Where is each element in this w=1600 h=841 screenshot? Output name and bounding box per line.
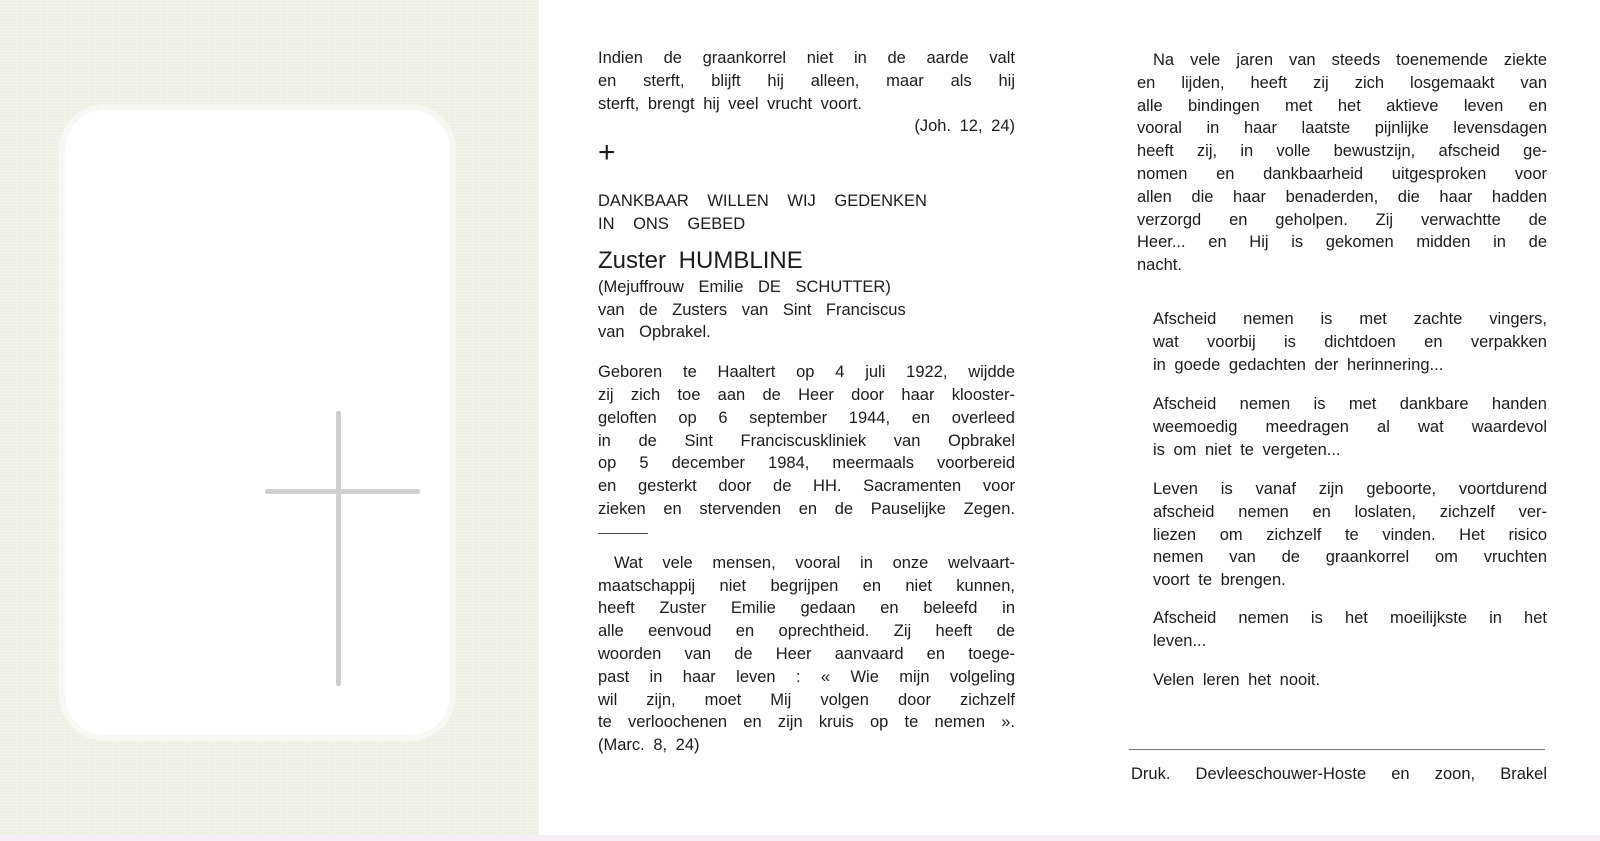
poem-stanza: Afscheid nemen is met zachte vingers, wa… — [1153, 308, 1547, 376]
printer-divider — [1129, 749, 1545, 750]
intro-line: heeft zij, in volle bewustzijn, afscheid… — [1137, 140, 1547, 163]
scripture-line: sterft, brengt hij veel vrucht voort. — [598, 93, 1015, 116]
intro-line: verzorgd en geholpen. Zij verwachtte de — [1137, 209, 1547, 232]
subtitle-line: van Opbrakel. — [598, 321, 1015, 344]
poem-stanza: Afscheid nemen is met dankbare handen we… — [1153, 393, 1547, 461]
poem-line: Afscheid nemen is het moeilijkste in het — [1153, 607, 1547, 630]
left-text-column: Indien de graankorrel niet in de aarde v… — [598, 47, 1015, 757]
poem-line: in goede gedachten der herinnering... — [1153, 354, 1547, 377]
biography: Geboren te Haaltert op 4 juli 1922, wijd… — [598, 361, 1015, 521]
subtitle-line: (Mejuffrouw Emilie DE SCHUTTER) — [598, 276, 1015, 299]
reflection-line: alle eenvoud en oprechtheid. Zij heeft d… — [598, 620, 1015, 643]
reflection-line: wil zijn, moet Mij volgen door zichzelf — [598, 689, 1015, 712]
embossed-frame — [65, 110, 450, 735]
section-divider — [598, 533, 648, 534]
card-fold — [537, 0, 539, 835]
deceased-name: Zuster HUMBLINE — [598, 246, 1015, 276]
poem-line: Leven is vanaf zijn geboorte, voortduren… — [1153, 478, 1547, 501]
deceased-subtitle: (Mejuffrouw Emilie DE SCHUTTER) van de Z… — [598, 276, 1015, 344]
printer-credit: Druk. Devleeschouwer-Hoste en zoon, Brak… — [1131, 765, 1547, 784]
reflection: Wat vele mensen, vooral in onze welvaart… — [598, 552, 1015, 757]
biography-line: geloften op 6 september 1944, en overlee… — [598, 407, 1015, 430]
intro-line: alle bindingen met het aktieve leven en — [1137, 95, 1547, 118]
intro-line: Heer... en Hij is gekomen midden in de — [1137, 231, 1547, 254]
poem-line: liezen om zichzelf te vinden. Het risico — [1153, 524, 1547, 547]
poem-line: wat voorbij is dichtdoen en verpakken — [1153, 331, 1547, 354]
reflection-reference: (Marc. 8, 24) — [598, 734, 1015, 757]
intro-line: nomen en dankbaarheid uitgesproken voor — [1137, 163, 1547, 186]
poem-line: nemen van de graankorrel om vruchten — [1153, 546, 1547, 569]
right-intro: Na vele jaren van steeds toenemende ziek… — [1137, 49, 1547, 277]
poem-line: leven... — [1153, 630, 1547, 653]
poem-line: is om niet te vergeten... — [1153, 439, 1547, 462]
poem-line: voort te brengen. — [1153, 569, 1547, 592]
biography-line: zij zich toe aan de Heer door haar kloos… — [598, 384, 1015, 407]
poem-line: weemoedig meedragen al wat waardevol — [1153, 416, 1547, 439]
remembrance-heading: DANKBAAR WILLEN WIJ GEDENKEN — [598, 190, 1015, 213]
remembrance-heading: IN ONS GEBED — [598, 213, 1015, 236]
intro-line: vooral in haar laatste pijnlijke levensd… — [1137, 117, 1547, 140]
reflection-line: woorden van de Heer aanvaard en toege- — [598, 643, 1015, 666]
reflection-line: Wat vele mensen, vooral in onze welvaart… — [598, 552, 1015, 575]
biography-line: in de Sint Franciscuskliniek van Opbrake… — [598, 430, 1015, 453]
cross-icon — [336, 411, 341, 686]
scripture-reference: (Joh. 12, 24) — [598, 115, 1015, 138]
cross-icon-beam — [265, 489, 420, 494]
scripture-line: Indien de graankorrel niet in de aarde v… — [598, 47, 1015, 70]
card-cover — [0, 0, 537, 835]
poem-line: Afscheid nemen is met zachte vingers, — [1153, 308, 1547, 331]
biography-line: en gesterkt door de HH. Sacramenten voor — [598, 475, 1015, 498]
intro-line: nacht. — [1137, 254, 1547, 277]
biography-line: op 5 december 1984, meermaals voorbereid — [598, 452, 1015, 475]
poem-line: Afscheid nemen is met dankbare handen — [1153, 393, 1547, 416]
intro-line: Na vele jaren van steeds toenemende ziek… — [1137, 49, 1547, 72]
poem-stanza: Velen leren het nooit. — [1153, 669, 1547, 692]
biography-line: Geboren te Haaltert op 4 juli 1922, wijd… — [598, 361, 1015, 384]
reflection-line: maatschappij niet begrijpen en niet kunn… — [598, 575, 1015, 598]
scripture-quote: Indien de graankorrel niet in de aarde v… — [598, 47, 1015, 138]
biography-line: zieken en stervenden en de Pauselijke Ze… — [598, 498, 1015, 521]
reflection-line: past in haar leven : « Wie mijn volgelin… — [598, 666, 1015, 689]
subtitle-line: van de Zusters van Sint Franciscus — [598, 299, 1015, 322]
poem-stanza: Afscheid nemen is het moeilijkste in het… — [1153, 607, 1547, 653]
plus-cross-icon: + — [598, 138, 1015, 168]
intro-line: en lijden, heeft zij zich losgemaakt van — [1137, 72, 1547, 95]
poem-line: Velen leren het nooit. — [1153, 669, 1547, 692]
intro-line: allen die haar benaderden, die haar hadd… — [1137, 186, 1547, 209]
reflection-line: heeft Zuster Emilie gedaan en beleefd in — [598, 597, 1015, 620]
reflection-line: te verloochenen en zijn kruis op te neme… — [598, 711, 1015, 734]
poem-line: afscheid nemen en loslaten, zichzelf ver… — [1153, 501, 1547, 524]
poem-stanza: Leven is vanaf zijn geboorte, voortduren… — [1153, 478, 1547, 592]
scripture-line: en sterft, blijft hij alleen, maar als h… — [598, 70, 1015, 93]
scan-edge — [0, 835, 1600, 841]
